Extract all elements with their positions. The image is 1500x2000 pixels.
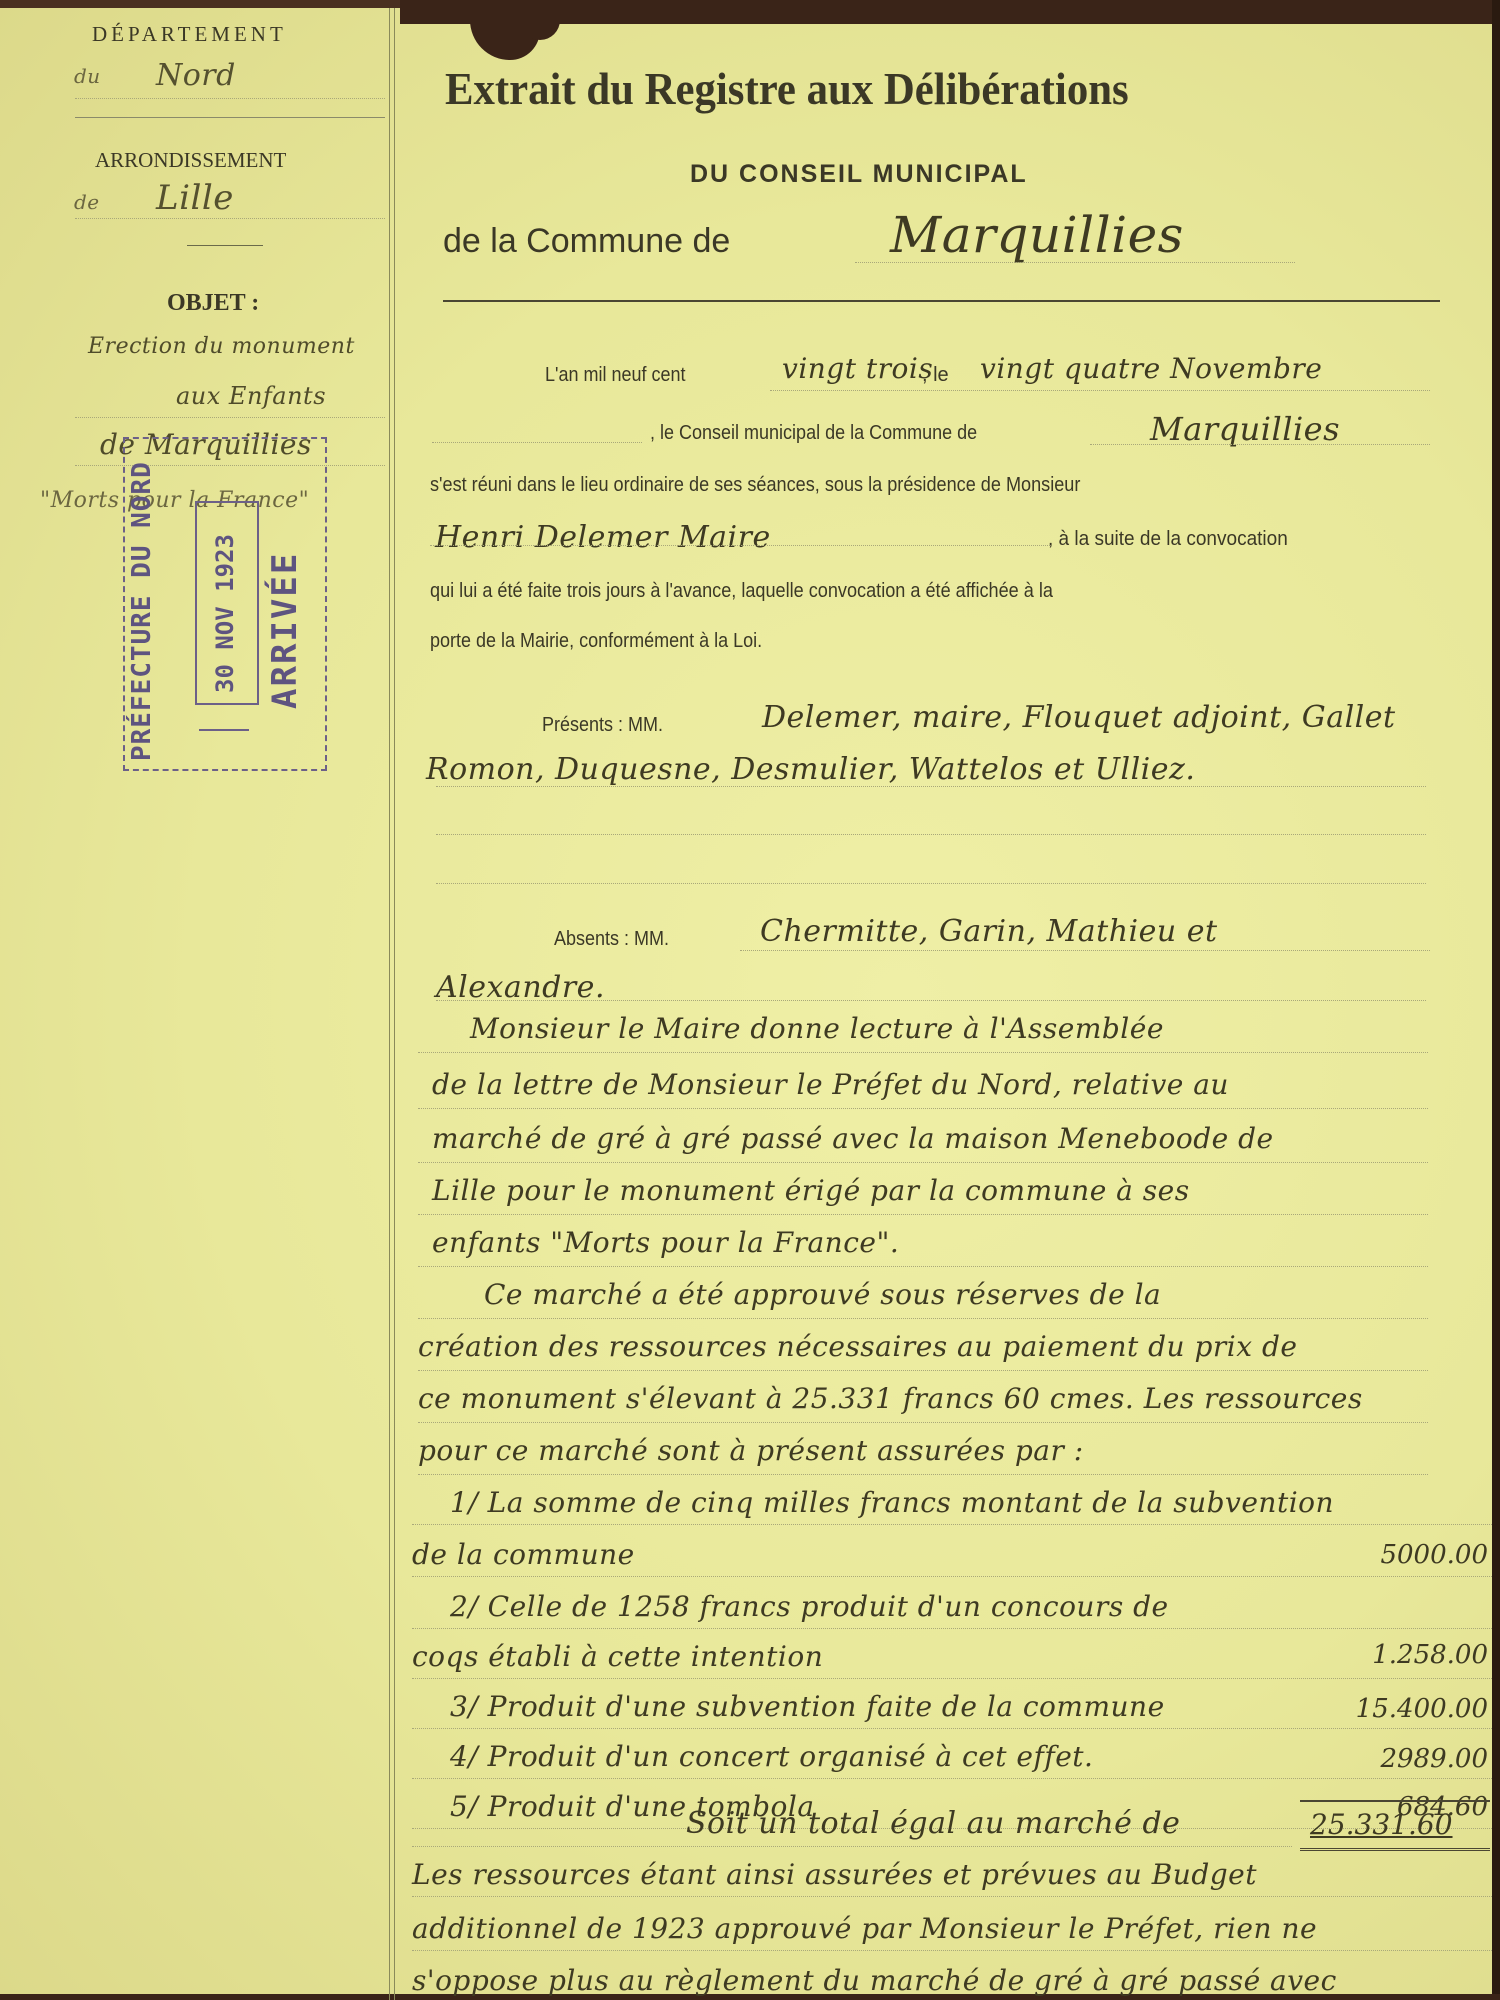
objet-label: OBJET : (167, 290, 259, 317)
departement-prefix: du (74, 64, 101, 88)
dotted-rule (418, 1474, 1428, 1475)
closing-line: s'oppose plus au règlement du marché de … (412, 1964, 1337, 1997)
preamble-commune: Marquillies (1150, 410, 1340, 448)
preamble-date: vingt quatre Novembre (980, 352, 1322, 385)
stamp-ornament (199, 729, 249, 731)
preamble-year-label: L'an mil neuf cent (545, 364, 686, 387)
dotted-rule (418, 1162, 1428, 1163)
departement-value: Nord (156, 58, 236, 93)
body-line: Ce marché a été approuvé sous réserves d… (484, 1278, 1161, 1311)
dotted-rule (75, 218, 385, 219)
paper-tear (520, 0, 560, 40)
dotted-rule (770, 390, 1430, 391)
preamble-year: vingt trois (782, 352, 933, 385)
document-subtitle: DU CONSEIL MUNICIPAL (690, 160, 1028, 189)
body-line: de la lettre de Monsieur le Préfet du No… (432, 1068, 1229, 1101)
body-line: pour ce marché sont à présent assurées p… (418, 1434, 1084, 1467)
dotted-rule (418, 1052, 1428, 1053)
total-label: Soit un total égal au marché de (686, 1806, 1180, 1841)
commune-name: Marquillies (890, 206, 1184, 264)
stamp-prefecture: PRÉFECTURE DU NORD (127, 461, 157, 761)
dotted-rule (75, 98, 385, 99)
preamble-president: Henri Delemer Maire (435, 520, 771, 555)
commune-prefix: de la Commune de (443, 222, 730, 261)
body-line: Lille pour le monument érigé par la comm… (432, 1174, 1190, 1207)
departement-label: DÉPARTEMENT (92, 22, 287, 47)
dotted-rule (436, 834, 1426, 835)
present-label: Présents : MM. (542, 714, 663, 737)
resource-item-cont: coqs établi à cette intention (412, 1640, 823, 1673)
closing-line: additionnel de 1923 approuvé par Monsieu… (412, 1912, 1317, 1945)
dotted-rule (418, 1266, 1428, 1267)
dotted-rule (412, 1576, 1492, 1577)
absent-label: Absents : MM. (554, 928, 669, 951)
dotted-rule (430, 545, 1050, 546)
dotted-rule (412, 1950, 1492, 1951)
resource-amount: 5000.00 (1380, 1540, 1488, 1570)
background-edge (400, 0, 1500, 24)
dotted-rule (412, 1846, 1292, 1847)
arrival-stamp: PRÉFECTURE DU NORD 30 NOV 1923 ARRIVÉE (123, 437, 327, 771)
preamble-affichee: qui lui a été faite trois jours à l'avan… (430, 580, 1053, 603)
resource-amount: 2989.00 (1380, 1744, 1488, 1774)
dotted-rule (740, 950, 1430, 951)
dotted-rule (412, 1524, 1492, 1525)
total-amount: 25.331.60 (1310, 1808, 1453, 1841)
sum-rule (1300, 1800, 1490, 1802)
present-names: Delemer, maire, Flouquet adjoint, Gallet (762, 700, 1396, 735)
resource-item: 1/ La somme de cinq milles francs montan… (450, 1486, 1334, 1519)
dotted-rule (418, 1370, 1428, 1371)
body-line: enfants "Morts pour la France". (432, 1226, 899, 1259)
dotted-rule (855, 262, 1295, 263)
body-line: Monsieur le Maire donne lecture à l'Asse… (470, 1012, 1164, 1045)
stamp-date: 30 NOV 1923 (211, 534, 239, 693)
dotted-rule (418, 1318, 1428, 1319)
preamble-conseil: , le Conseil municipal de la Commune de (650, 422, 977, 445)
dotted-rule (436, 1000, 1426, 1001)
body-line: ce monument s'élevant à 25.331 francs 60… (418, 1382, 1363, 1415)
dotted-rule (418, 1422, 1428, 1423)
resource-item: 3/ Produit d'une subvention faite de la … (450, 1690, 1165, 1723)
header-rule (443, 300, 1440, 302)
arrondissement-prefix: de (74, 190, 100, 214)
total-rule (1300, 1848, 1490, 1851)
arrondissement-value: Lille (156, 178, 234, 218)
dotted-rule (412, 1628, 1492, 1629)
resource-item: 2/ Celle de 1258 francs produit d'un con… (450, 1590, 1169, 1623)
closing-line: Les ressources étant ainsi assurées et p… (412, 1858, 1257, 1891)
stamp-status: ARRIVÉE (265, 552, 305, 709)
present-names: Romon, Duquesne, Desmulier, Wattelos et … (426, 752, 1195, 787)
document-title: Extrait du Registre aux Délibérations (445, 62, 1129, 115)
resource-item: 4/ Produit d'un concert organisé à cet e… (450, 1740, 1093, 1773)
objet-line: Erection du monument (88, 334, 355, 359)
arrondissement-label: ARRONDISSEMENT (95, 148, 286, 173)
ornament-rule (187, 245, 263, 246)
dotted-rule (412, 1778, 1492, 1779)
background-edge (0, 0, 400, 8)
dotted-rule (75, 417, 385, 418)
margin-rule (389, 8, 395, 2000)
dotted-rule (432, 442, 642, 443)
dotted-rule (436, 883, 1426, 884)
resource-amount: 15.400.00 (1356, 1694, 1488, 1724)
resource-amount: 1.258.00 (1372, 1640, 1488, 1670)
document-page: DÉPARTEMENT du Nord ARRONDISSEMENT de Li… (0, 0, 1500, 2000)
dotted-rule (418, 1214, 1428, 1215)
dotted-rule (412, 1728, 1492, 1729)
background-edge (1492, 0, 1500, 2000)
stamp-date-box: 30 NOV 1923 (195, 501, 259, 705)
resource-item-cont: de la commune (412, 1538, 635, 1571)
body-line: marché de gré à gré passé avec la maison… (432, 1122, 1274, 1155)
objet-line: aux Enfants (176, 382, 326, 410)
body-line: création des ressources nécessaires au p… (418, 1330, 1297, 1363)
dotted-rule (418, 1108, 1428, 1109)
dotted-rule (412, 1896, 1492, 1897)
preamble-le: , le (922, 364, 949, 387)
preamble-loi: porte de la Mairie, conformément à la Lo… (430, 630, 762, 653)
dotted-rule (412, 1678, 1492, 1679)
preamble-reuni: s'est réuni dans le lieu ordinaire de se… (430, 474, 1080, 497)
separator (75, 117, 385, 118)
dotted-rule (1090, 444, 1430, 445)
absent-names: Chermitte, Garin, Mathieu et (760, 914, 1218, 949)
preamble-convocation: , à la suite de la convocation (1048, 528, 1288, 551)
dotted-rule (436, 786, 1426, 787)
